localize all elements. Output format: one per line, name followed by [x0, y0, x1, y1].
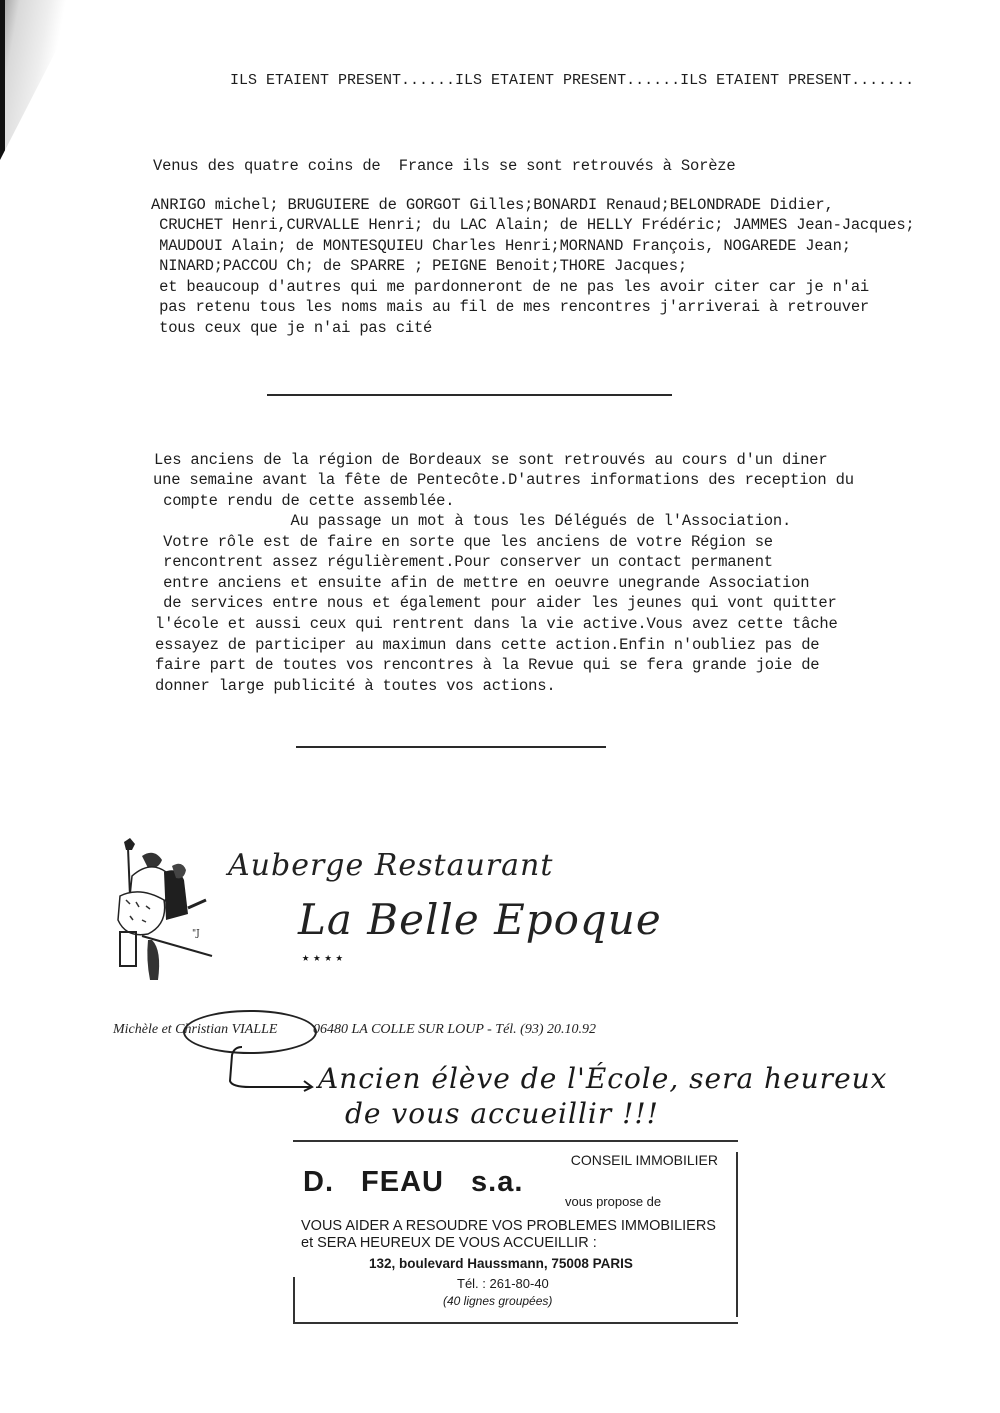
- body-line: Votre rôle est de faire en sorte que les…: [154, 533, 773, 551]
- section-divider: [296, 746, 606, 748]
- ad-propose: vous propose de: [565, 1194, 661, 1209]
- names-line: MAUDOUI Alain; de MONTESQUIEU Charles He…: [150, 237, 851, 255]
- star-rating: ★★★★: [302, 950, 347, 965]
- ad-phone: Tél. : 261-80-40: [457, 1276, 549, 1291]
- closing-line: tous ceux que je n'ai pas cité: [150, 319, 432, 337]
- body-line: essayez de participer au maximun dans ce…: [155, 636, 819, 654]
- svg-text:"J: "J: [192, 929, 200, 939]
- body-line: rencontrent assez régulièrement.Pour con…: [154, 553, 773, 571]
- body-line: l'école et aussi ceux qui rentrent dans …: [155, 615, 838, 633]
- body-line: compte rendu de cette assemblée.: [154, 492, 454, 510]
- ad-phone-note: (40 lignes groupées): [443, 1294, 552, 1308]
- closing-line: et beaucoup d'autres qui me pardonneront…: [150, 278, 869, 296]
- handwritten-note-line: Ancien élève de l'École, sera heureux: [318, 1062, 887, 1095]
- names-line: ANRIGO michel; BRUGUIERE de GORGOT Gille…: [151, 196, 834, 214]
- body-line: donner large publicité à toutes vos acti…: [155, 677, 555, 695]
- scan-page-curl: [0, 0, 82, 160]
- header-banner: ILS ETAIENT PRESENT......ILS ETAIENT PRE…: [230, 72, 914, 89]
- body-line: faire part de toutes vos rencontres à la…: [155, 656, 819, 674]
- closing-line: pas retenu tous les noms mais au fil de …: [150, 298, 869, 316]
- body-line: une semaine avant la fête de Pentecôte.D…: [153, 471, 854, 489]
- realestate-ad: CONSEIL IMMOBILIER D. FEAU s.a. vous pro…: [293, 1140, 738, 1324]
- restaurant-address: 06480 LA COLLE SUR LOUP - Tél. (93) 20.1…: [313, 1022, 596, 1038]
- handwritten-arrow-icon: [222, 1045, 322, 1095]
- body-line: Les anciens de la région de Bordeaux se …: [154, 451, 828, 469]
- names-line: CRUCHET Henri,CURVALLE Henri; du LAC Ala…: [150, 216, 915, 234]
- attendees-intro: Venus des quatre coins de France ils se …: [153, 157, 736, 175]
- ad-offer-line: et SERA HEUREUX DE VOUS ACCUEILLIR :: [301, 1235, 597, 1251]
- belle-epoque-illustration-icon: "J: [112, 836, 222, 986]
- section-divider: [267, 394, 672, 396]
- ad-offer-line: VOUS AIDER A RESOUDRE VOS PROBLEMES IMMO…: [301, 1218, 716, 1234]
- restaurant-name-line1: Auberge Restaurant: [228, 848, 553, 883]
- names-line: NINARD;PACCOU Ch; de SPARRE ; PEIGNE Ben…: [150, 257, 687, 275]
- body-line: entre anciens et ensuite afin de mettre …: [154, 574, 809, 592]
- ad-tagline: CONSEIL IMMOBILIER: [571, 1152, 718, 1168]
- body-line: de services entre nous et également pour…: [154, 594, 837, 612]
- handwritten-note-line: de vous accueillir !!!: [345, 1097, 659, 1130]
- ad-address: 132, boulevard Haussmann, 75008 PARIS: [369, 1256, 633, 1271]
- ad-brand: D. FEAU s.a.: [303, 1166, 523, 1199]
- restaurant-name-line2: La Belle Epoque: [298, 895, 662, 944]
- body-line: Au passage un mot à tous les Délégués de…: [154, 512, 791, 530]
